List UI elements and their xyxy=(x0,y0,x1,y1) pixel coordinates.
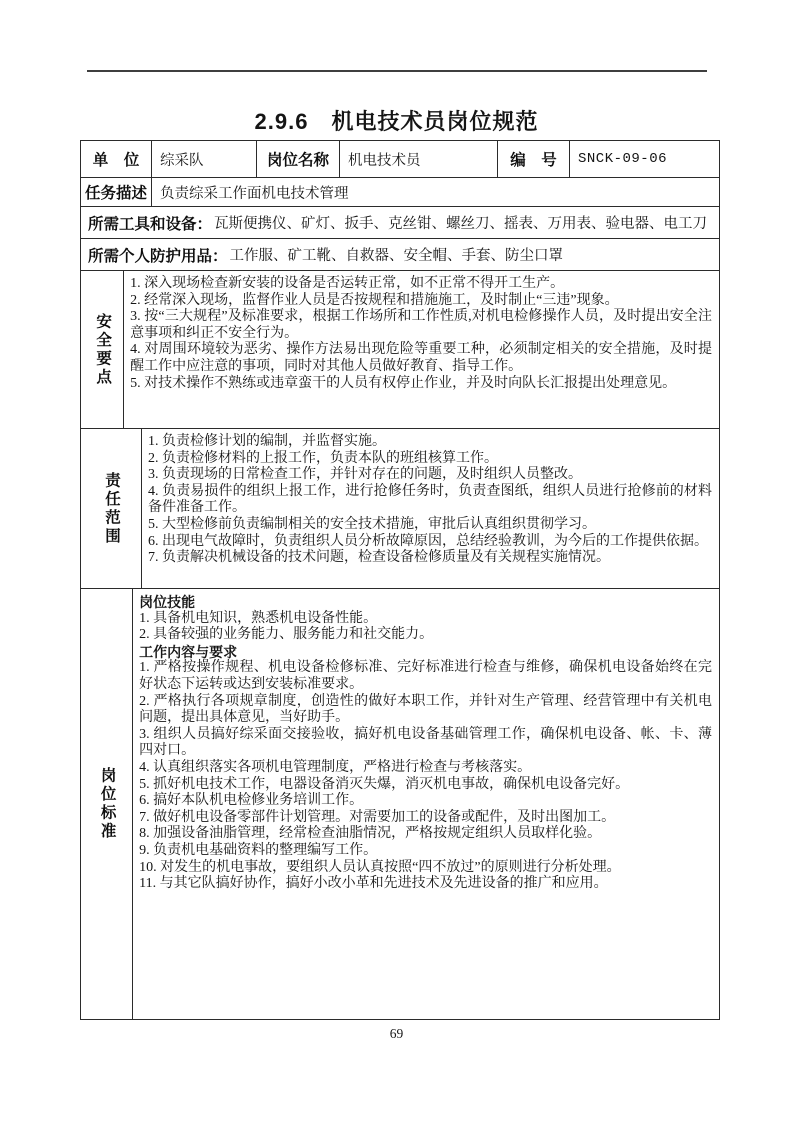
task-label-cell: 任务描述 xyxy=(81,178,152,206)
responsibility-item: 7. 负责解决机械设备的技术问题，检查设备检修质量及有关规程实施情况。 xyxy=(148,550,712,567)
skills-list: 1. 具备机电知识，熟悉机电设备性能。2. 具备较强的业务能力、服务能力和社交能… xyxy=(139,611,712,644)
work-items-list: 1. 严格按操作规程、机电设备检修标准、完好标准进行检查与维修，确保机电设备始终… xyxy=(139,660,712,892)
row-tools: 所需工具和设备： 瓦斯便携仪、矿灯、扳手、克丝钳、螺丝刀、摇表、万用表、验电器、… xyxy=(81,207,719,239)
work-item: 10. 对发生的机电事故，要组织人员认真按照“四不放过”的原则进行分析处理。 xyxy=(139,860,712,877)
work-item: 2. 严格执行各项规章制度，创造性的做好本职工作，并针对生产管理、经营管理中有关… xyxy=(139,694,712,727)
responsibility-item: 4. 负责易损件的组织上报工作，进行抢修任务时，负责查图纸，组织人员进行抢修前的… xyxy=(148,484,712,517)
skill-item: 1. 具备机电知识，熟悉机电设备性能。 xyxy=(139,611,712,628)
work-item: 7. 做好机电设备零部件计划管理。对需要加工的设备或配件，及时出图加工。 xyxy=(139,810,712,827)
section-standard: 岗位标准 岗位技能 1. 具备机电知识，熟悉机电设备性能。2. 具备较强的业务能… xyxy=(81,589,719,1019)
position-name-label-cell: 岗位名称 xyxy=(257,141,340,177)
skills-heading: 岗位技能 xyxy=(139,594,712,611)
work-item: 5. 抓好机电技术工作，电器设备消灭失爆，消灭机电事故，确保机电设备完好。 xyxy=(139,777,712,794)
position-name-label: 岗位名称 xyxy=(267,148,329,170)
task-value: 负责综采工作面机电技术管理 xyxy=(160,182,349,203)
responsibility-label-cell: 责任范围 xyxy=(81,429,142,588)
code-value-cell: SNCK-09-06 xyxy=(570,141,719,177)
responsibility-item: 2. 负责检修材料的上报工作，负责本队的班组核算工作。 xyxy=(148,451,712,468)
position-name-value-cell: 机电技术员 xyxy=(340,141,498,177)
skill-item: 2. 具备较强的业务能力、服务能力和社交能力。 xyxy=(139,627,712,644)
row-unit-position-code: 单 位 综采队 岗位名称 机电技术员 编 号 SNCK-09-06 xyxy=(81,141,719,178)
position-name-value: 机电技术员 xyxy=(348,149,421,170)
safety-label-cell: 安全要点 xyxy=(81,271,124,428)
standard-content: 岗位技能 1. 具备机电知识，熟悉机电设备性能。2. 具备较强的业务能力、服务能… xyxy=(133,589,719,1019)
responsibility-content: 1. 负责检修计划的编制，并监督实施。2. 负责检修材料的上报工作，负责本队的班… xyxy=(142,429,719,588)
safety-item: 5. 对技术操作不熟练或违章蛮干的人员有权停止作业，并及时向队长汇报提出处理意见… xyxy=(130,376,712,393)
work-item: 11. 与其它队搞好协作，搞好小改小革和先进技术及先进设备的推广和应用。 xyxy=(139,876,712,893)
page-number: 69 xyxy=(0,1026,793,1042)
unit-value-cell: 综采队 xyxy=(152,141,257,177)
work-item: 1. 严格按操作规程、机电设备检修标准、完好标准进行检查与维修，确保机电设备始终… xyxy=(139,660,712,693)
page-header-rule xyxy=(87,70,707,72)
safety-item: 4. 对周围环境较为恶劣、操作方法易出现危险等重要工种，必须制定相关的安全措施，… xyxy=(130,342,712,375)
safety-item: 1. 深入现场检查新安装的设备是否运转正常，如不正常不得开工生产。 xyxy=(130,276,712,293)
work-item: 9. 负责机电基础资料的整理编写工作。 xyxy=(139,843,712,860)
row-ppe: 所需个人防护用品： 工作服、矿工靴、自救器、安全帽、手套、防尘口罩 xyxy=(81,239,719,271)
work-item: 3. 组织人员搞好综采面交接验收，搞好机电设备基础管理工作，确保机电设备、帐、卡… xyxy=(139,727,712,760)
unit-label: 单 位 xyxy=(93,148,140,170)
standard-label-cell: 岗位标准 xyxy=(81,589,133,1019)
task-value-cell: 负责综采工作面机电技术管理 xyxy=(152,178,719,206)
tools-value: 瓦斯便携仪、矿灯、扳手、克丝钳、螺丝刀、摇表、万用表、验电器、电工刀 xyxy=(212,212,707,233)
task-label: 任务描述 xyxy=(85,181,147,203)
code-label: 编 号 xyxy=(510,148,557,170)
unit-label-cell: 单 位 xyxy=(81,141,152,177)
work-item: 6. 搞好本队机电检修业务培训工作。 xyxy=(139,793,712,810)
responsibility-item: 6. 出现电气故障时，负责组织人员分析故障原因，总结经验教训，为今后的工作提供依… xyxy=(148,534,712,551)
responsibility-label: 责任范围 xyxy=(100,472,122,546)
safety-item: 2. 经常深入现场，监督作业人员是否按规程和措施施工，及时制止“三违”现象。 xyxy=(130,293,712,310)
safety-item: 3. 按“三大规程”及标准要求，根据工作场所和工作性质,对机电检修操作人员，及时… xyxy=(130,309,712,342)
responsibility-item: 5. 大型检修前负责编制相关的安全技术措施，审批后认真组织贯彻学习。 xyxy=(148,517,712,534)
page-title: 2.9.6 机电技术员岗位规范 xyxy=(0,105,793,136)
row-task-description: 任务描述 负责综采工作面机电技术管理 xyxy=(81,178,719,207)
work-item: 8. 加强设备油脂管理，经常检查油脂情况，严格按规定组织人员取样化验。 xyxy=(139,826,712,843)
document-page: { "page": { "title": "2.9.6 机电技术员岗位规范", … xyxy=(0,0,793,1122)
ppe-label: 所需个人防护用品： xyxy=(88,244,228,266)
job-spec-table: 单 位 综采队 岗位名称 机电技术员 编 号 SNCK-09-06 任务描述 负… xyxy=(80,140,720,1020)
responsibility-item: 3. 负责现场的日常检查工作，并针对存在的问题，及时组织人员整改。 xyxy=(148,467,712,484)
standard-label: 岗位标准 xyxy=(96,767,118,841)
work-heading: 工作内容与要求 xyxy=(139,644,712,661)
section-responsibility: 责任范围 1. 负责检修计划的编制，并监督实施。2. 负责检修材料的上报工作，负… xyxy=(81,429,719,589)
responsibility-item: 1. 负责检修计划的编制，并监督实施。 xyxy=(148,434,712,451)
section-safety: 安全要点 1. 深入现场检查新安装的设备是否运转正常，如不正常不得开工生产。2.… xyxy=(81,271,719,429)
ppe-value: 工作服、矿工靴、自救器、安全帽、手套、防尘口罩 xyxy=(228,244,564,265)
code-label-cell: 编 号 xyxy=(498,141,570,177)
unit-value: 综采队 xyxy=(160,149,204,170)
code-value: SNCK-09-06 xyxy=(578,151,667,167)
safety-content: 1. 深入现场检查新安装的设备是否运转正常，如不正常不得开工生产。2. 经常深入… xyxy=(124,271,719,428)
tools-label: 所需工具和设备： xyxy=(88,212,212,234)
work-item: 4. 认真组织落实各项机电管理制度，严格进行检查与考核落实。 xyxy=(139,760,712,777)
safety-label: 安全要点 xyxy=(91,313,113,387)
